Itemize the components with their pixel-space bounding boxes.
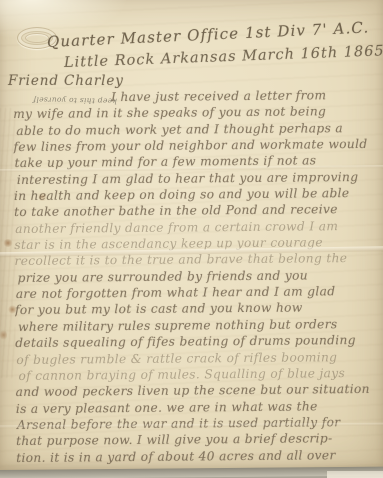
paper-sheet: Quarter Master Office 1st Div 7' A.C. Li…	[0, 0, 383, 471]
letter-line: tion. it is in a yard of about 40 acres …	[16, 446, 382, 466]
letter-salutation: Friend Charley	[8, 73, 124, 89]
letter-line: recollect it is to the true and brave th…	[14, 250, 380, 270]
letter-line: and wood peckers liven up the scene but …	[16, 381, 382, 401]
letter-scan: Quarter Master Office 1st Div 7' A.C. Li…	[0, 0, 383, 478]
scanner-corner-highlight	[327, 471, 383, 478]
letter-body: I have just received a letter from my wi…	[13, 87, 382, 470]
letter-line: another friendly dance from a certain cr…	[15, 218, 380, 238]
